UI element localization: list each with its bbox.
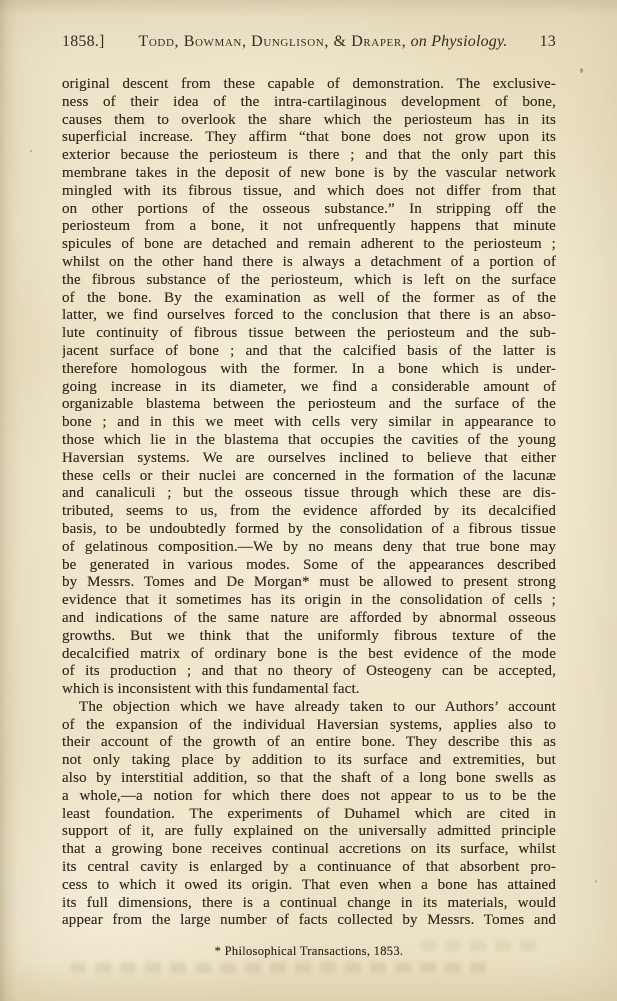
running-header: 1858.] Todd, Bowman, Dunglison, & Draper… [62,33,556,51]
text-line: ness of their idea of the intra-cartilag… [62,94,556,112]
text-line: of the expansion of the individual Haver… [62,717,556,735]
text-line: by Messrs. Tomes and De Morgan* must be … [62,574,556,592]
text-line: its full dimensions, there is a continua… [62,895,556,913]
text-line: whilst on the other hand there is always… [62,254,556,272]
paper-speck [580,68,583,73]
text-line: of its production ; and that no theory o… [62,663,556,681]
text-line: superficial increase. They affirm “that … [62,129,556,147]
text-line: lute continuity of fibrous tissue betwee… [62,325,556,343]
text-line: mingled with its fibrous tissue, and whi… [62,183,556,201]
text-line: growths. But we think that the uniformly… [62,628,556,646]
text-line: of the bone. By the examination as well … [62,290,556,308]
text-line: tributed, seems to us, from the evidence… [62,503,556,521]
text-line: basis, to be undoubtedly formed by the c… [62,521,556,539]
text-line: least foundation. The experiments of Duh… [62,806,556,824]
text-line: original descent from these capable of d… [62,76,556,94]
text-line: its central cavity is enlarged by a cont… [62,859,556,877]
text-line: organizable blastema between the periost… [62,396,556,414]
text-line: Haversian systems. We are ourselves incl… [62,450,556,468]
text-line: appear from the large number of facts co… [62,912,556,930]
text-line: on other portions of the osseous substan… [62,201,556,219]
text-line: and indications of the same nature are a… [62,610,556,628]
text-line: going increase in its diameter, we find … [62,379,556,397]
text-line: also by interstitial addition, so that t… [62,770,556,788]
paper-speck [595,880,597,883]
text-line: a whole,—a notion for which there does n… [62,788,556,806]
text-line: decalcified matrix of ordinary bone is t… [62,646,556,664]
text-line: that a growing bone receives continual a… [62,841,556,859]
text-line: exterior because the periosteum is there… [62,147,556,165]
paper-speck [30,150,32,152]
text-line: those which lie in the blastema that occ… [62,432,556,450]
text-line: therefore homologous with the former. In… [62,361,556,379]
bleed-through-smudge [420,940,540,951]
text-line: causes them to overlook the share which … [62,112,556,130]
text-line: their account of the growth of an entire… [62,734,556,752]
text-line: jacent surface of bone ; and that the ca… [62,343,556,361]
text-line: The objection which we have already take… [62,699,556,717]
text-line: the fibrous substance of the periosteum,… [62,272,556,290]
text-line: evidence that it sometimes has its origi… [62,592,556,610]
page-body: original descent from these capable of d… [62,76,556,930]
text-line: latter, we find ourselves forced to the … [62,307,556,325]
text-line: these cells or their nuclei are concerne… [62,468,556,486]
text-line: support of it, are fully explained on th… [62,823,556,841]
bleed-through-smudge [70,962,490,973]
text-line: not only taking place by addition to its… [62,752,556,770]
header-authors: Todd, Bowman, Dunglison, & Draper, [139,33,407,50]
header-year: 1858.] [62,33,105,51]
text-line: of gelatinous composition.—We by no mean… [62,539,556,557]
text-line: and canaliculi ; but the osseous tissue … [62,485,556,503]
header-title: Todd, Bowman, Dunglison, & Draper, on Ph… [119,33,528,51]
text-line: membrane takes in the deposit of new bon… [62,165,556,183]
text-line: bone ; and in this we meet with cells ve… [62,414,556,432]
text-line: periosteum from a bone, it not unfrequen… [62,218,556,236]
text-line: cess to which it owed its origin. That e… [62,877,556,895]
text-line: which is inconsistent with this fundamen… [62,681,556,699]
header-subject: on Physiology. [411,33,508,50]
text-line: spicules of bone are detached and remain… [62,236,556,254]
text-line: be generated in various modes. Some of t… [62,557,556,575]
scanned-book-page: 1858.] Todd, Bowman, Dunglison, & Draper… [0,0,617,1001]
page-number: 13 [540,33,556,51]
